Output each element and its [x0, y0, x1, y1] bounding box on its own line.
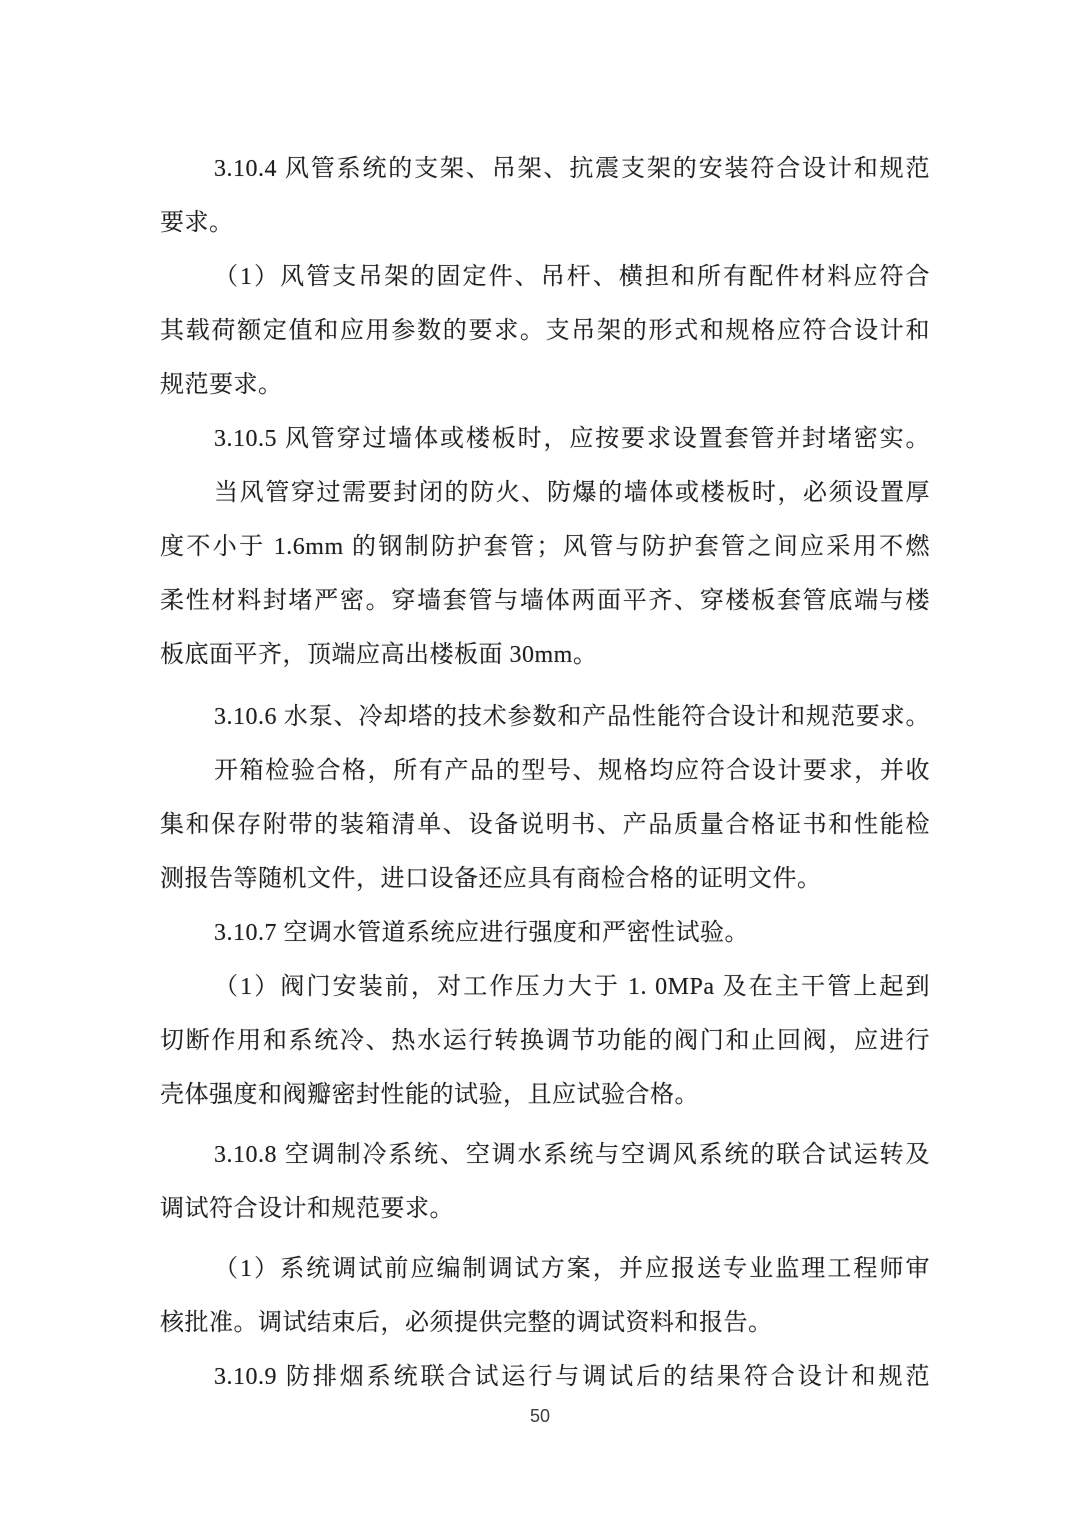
- doc-line: 板底面平齐，顶端应高出楼板面 30mm。: [160, 628, 930, 682]
- doc-line-item-1: （1）系统调试前应编制调试方案，并应报送专业监理工程师审: [160, 1242, 930, 1296]
- doc-line: 其载荷额定值和应用参数的要求。支吊架的形式和规格应符合设计和: [160, 304, 930, 358]
- doc-line: 壳体强度和阀瓣密封性能的试验，且应试验合格。: [160, 1068, 930, 1122]
- doc-line-clause-3-10-8: 3.10.8 空调制冷系统、空调水系统与空调风系统的联合试运转及: [160, 1128, 930, 1182]
- doc-line: 柔性材料封堵严密。穿墙套管与墙体两面平齐、穿楼板套管底端与楼: [160, 574, 930, 628]
- doc-line: 集和保存附带的装箱清单、设备说明书、产品质量合格证书和性能检: [160, 798, 930, 852]
- doc-line-clause-3-10-9: 3.10.9 防排烟系统联合试运行与调试后的结果符合设计和规范: [160, 1350, 930, 1404]
- doc-line: 开箱检验合格，所有产品的型号、规格均应符合设计要求，并收: [160, 744, 930, 798]
- doc-line: 核批准。调试结束后，必须提供完整的调试资料和报告。: [160, 1296, 930, 1350]
- doc-line-item-1: （1）阀门安装前，对工作压力大于 1. 0MPa 及在主干管上起到: [160, 960, 930, 1014]
- doc-line-clause-3-10-5: 3.10.5 风管穿过墙体或楼板时，应按要求设置套管并封堵密实。: [160, 412, 930, 466]
- doc-line: 规范要求。: [160, 358, 930, 412]
- doc-line: 当风管穿过需要封闭的防火、防爆的墙体或楼板时，必须设置厚: [160, 466, 930, 520]
- doc-line: 要求。: [160, 196, 930, 250]
- doc-line: 度不小于 1.6mm 的钢制防护套管；风管与防护套管之间应采用不燃: [160, 520, 930, 574]
- doc-line: 测报告等随机文件，进口设备还应具有商检合格的证明文件。: [160, 852, 930, 906]
- doc-line-item-1: （1）风管支吊架的固定件、吊杆、横担和所有配件材料应符合: [160, 250, 930, 304]
- doc-line: 切断作用和系统冷、热水运行转换调节功能的阀门和止回阀，应进行: [160, 1014, 930, 1068]
- doc-line-clause-3-10-7: 3.10.7 空调水管道系统应进行强度和严密性试验。: [160, 906, 930, 960]
- doc-line-clause-3-10-6: 3.10.6 水泵、冷却塔的技术参数和产品性能符合设计和规范要求。: [160, 690, 930, 744]
- doc-line: 调试符合设计和规范要求。: [160, 1182, 930, 1236]
- doc-line-clause-3-10-4: 3.10.4 风管系统的支架、吊架、抗震支架的安装符合设计和规范: [160, 142, 930, 196]
- page-number: 50: [0, 1406, 1080, 1427]
- document-body: 3.10.4 风管系统的支架、吊架、抗震支架的安装符合设计和规范 要求。 （1）…: [160, 142, 930, 1404]
